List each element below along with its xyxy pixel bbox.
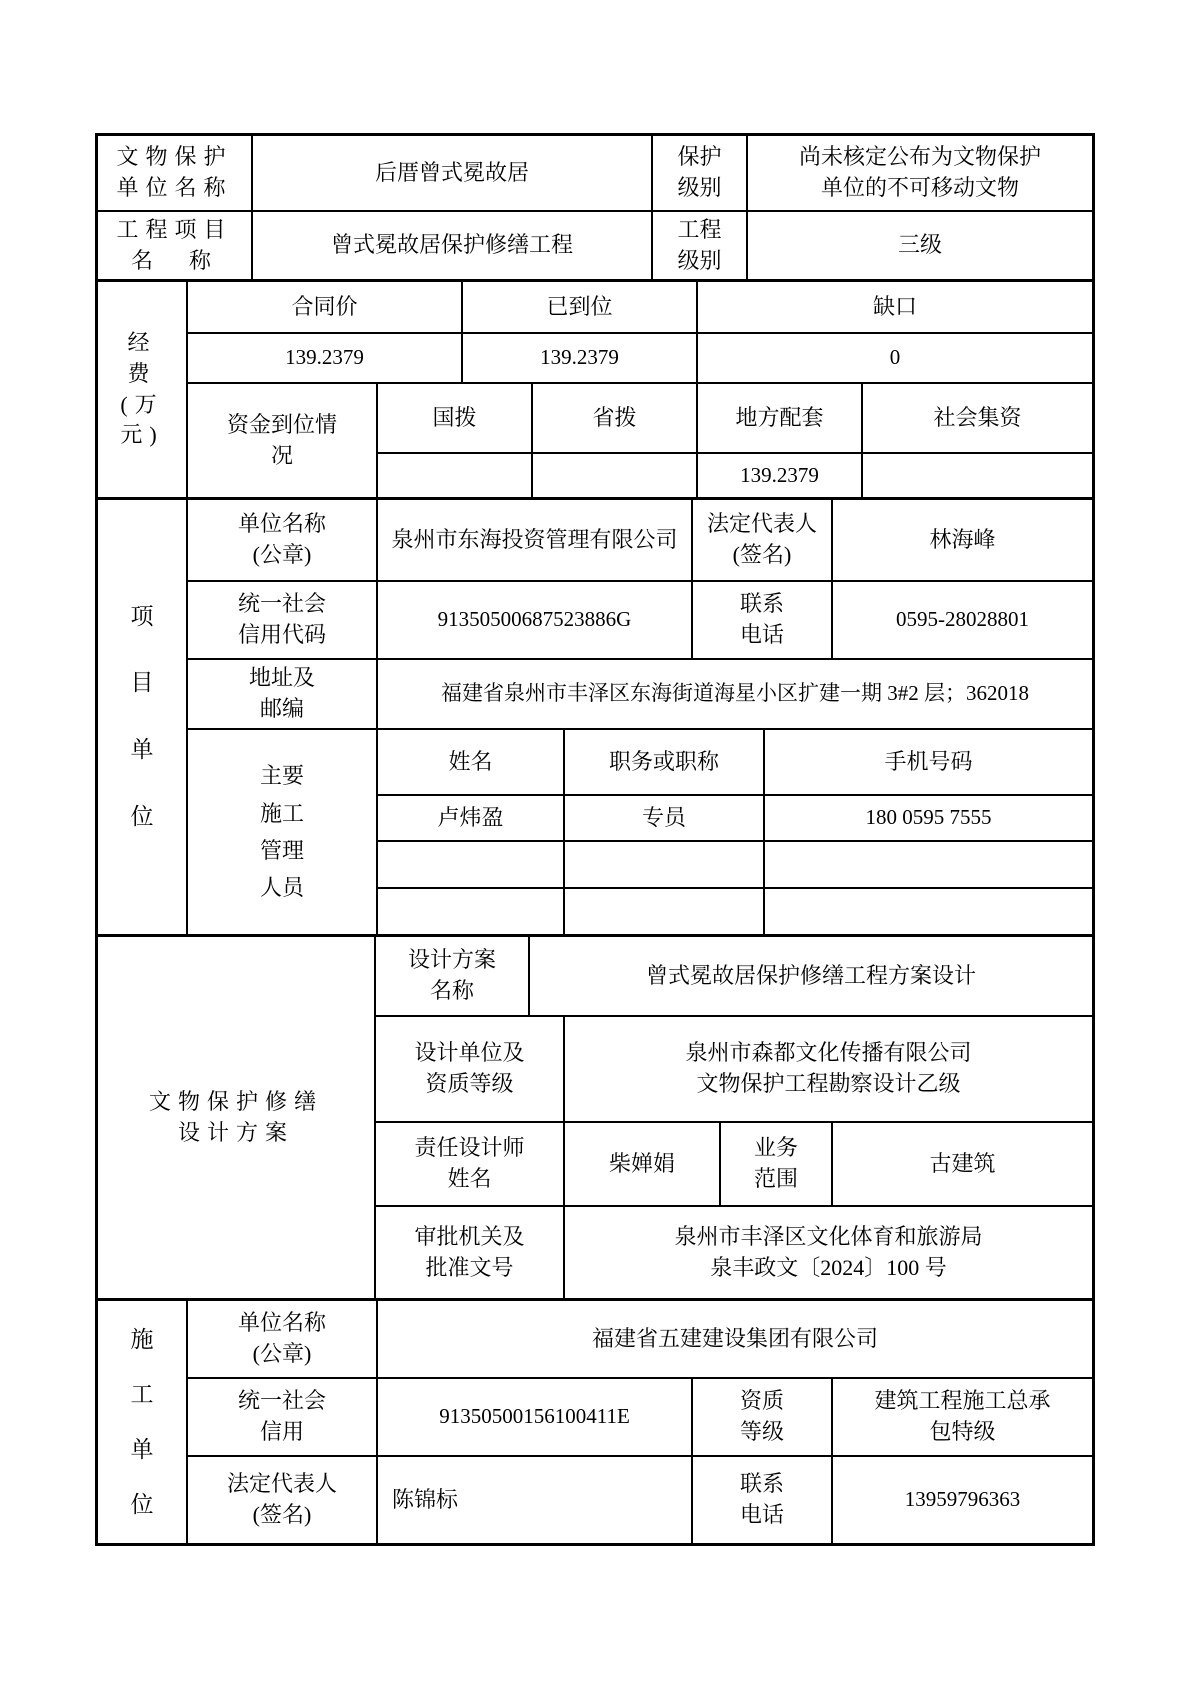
row-project-name: 工程项目 名 称 曾式冕故居保护修缮工程 工程 级别 三级: [98, 212, 1092, 282]
staff-row-1: 卢炜盈 专员 180 0595 7555: [378, 796, 1092, 842]
funds-in-place-header: 已到位: [463, 282, 698, 334]
credit-code-label: 统一社会 信用代码: [188, 582, 378, 660]
legal-representative-label: 法定代表人 (签名): [693, 500, 833, 582]
staff-content: 姓名 职务或职称 手机号码 卢炜盈 专员 180 0595 7555: [378, 730, 1092, 937]
design-plan-label: 文物保护修缮 设计方案: [98, 937, 376, 1301]
design-unit-label: 设计单位及 资质等级: [376, 1017, 565, 1123]
section-construction-unit: 施 工 单 位 单位名称 (公章) 福建省五建建设集团有限公司 统一社会 信用 …: [98, 1301, 1092, 1543]
approval-authority-label: 审批机关及 批准文号: [376, 1207, 565, 1301]
design-name-row: 设计方案 名称 曾式冕故居保护修缮工程方案设计: [376, 937, 1092, 1017]
allocation-value-row: 139.2379: [378, 454, 1092, 500]
construction-unit-label: 施 工 单 位: [98, 1301, 188, 1543]
local-matching-header: 地方配套: [698, 384, 863, 454]
construction-unit-name-value: 福建省五建建设集团有限公司: [378, 1301, 1092, 1379]
social-fundraising-header: 社会集资: [863, 384, 1092, 454]
funds-value-row: 139.2379 139.2379 0: [188, 334, 1092, 384]
designer-row: 责任设计师 姓名 柴婵娟 业务 范围 古建筑: [376, 1123, 1092, 1207]
construction-name-row: 单位名称 (公章) 福建省五建建设集团有限公司: [188, 1301, 1092, 1379]
funds-in-place-value: 139.2379: [463, 334, 698, 384]
row-heritage-unit-name: 文物保护 单位名称 后厝曾式冕故居 保护 级别 尚未核定公布为文物保护 单位的不…: [98, 136, 1092, 212]
project-unit-address-row: 地址及 邮编 福建省泉州市丰泽区东海街道海星小区扩建一期 3#2 层；36201…: [188, 660, 1092, 730]
staff-title-empty-2: [565, 889, 765, 937]
project-unit-credit-row: 统一社会 信用代码 91350500687523886G 联系 电话 0595-…: [188, 582, 1092, 660]
designer-name-label: 责任设计师 姓名: [376, 1123, 565, 1207]
staff-mobile-value: 180 0595 7555: [765, 796, 1092, 842]
address-postcode-value: 福建省泉州市丰泽区东海街道海星小区扩建一期 3#2 层；362018: [378, 660, 1092, 730]
construction-credit-label: 统一社会 信用: [188, 1379, 378, 1457]
contract-price-value: 139.2379: [188, 334, 463, 384]
national-funds-value: [378, 454, 533, 500]
project-level-value: 三级: [748, 212, 1092, 282]
project-name-value: 曾式冕故居保护修缮工程: [253, 212, 653, 282]
funds-gap-header: 缺口: [698, 282, 1092, 334]
provincial-funds-value: [533, 454, 698, 500]
approval-authority-value: 泉州市丰泽区文化体育和旅游局 泉丰政文〔2024〕100 号: [565, 1207, 1092, 1301]
staff-mobile-empty-2: [765, 889, 1092, 937]
funds-gap-value: 0: [698, 334, 1092, 384]
address-postcode-label: 地址及 邮编: [188, 660, 378, 730]
staff-mobile-empty-1: [765, 842, 1092, 889]
construction-unit-name-label: 单位名称 (公章): [188, 1301, 378, 1379]
staff-name-header: 姓名: [378, 730, 565, 796]
project-name-label: 工程项目 名 称: [98, 212, 253, 282]
project-unit-name-row: 单位名称 (公章) 泉州市东海投资管理有限公司 法定代表人 (签名) 林海峰: [188, 500, 1092, 582]
design-plan-content: 设计方案 名称 曾式冕故居保护修缮工程方案设计 设计单位及 资质等级 泉州市森都…: [376, 937, 1092, 1301]
construction-phone-label: 联系 电话: [693, 1457, 833, 1543]
design-unit-value: 泉州市森都文化传播有限公司 文物保护工程勘察设计乙级: [565, 1017, 1092, 1123]
design-unit-row: 设计单位及 资质等级 泉州市森都文化传播有限公司 文物保护工程勘察设计乙级: [376, 1017, 1092, 1123]
qualification-level-label: 资质 等级: [693, 1379, 833, 1457]
construction-credit-row: 统一社会 信用 91350500156100411E 资质 等级 建筑工程施工总…: [188, 1379, 1092, 1457]
staff-mobile-header: 手机号码: [765, 730, 1092, 796]
funds-allocation-row: 资金到位情 况 国拨 省拨 地方配套 社会集资 139.2379: [188, 384, 1092, 500]
heritage-unit-name-label: 文物保护 单位名称: [98, 136, 253, 212]
staff-row-2: [378, 842, 1092, 889]
provincial-funds-header: 省拨: [533, 384, 698, 454]
staff-title-header: 职务或职称: [565, 730, 765, 796]
construction-credit-value: 91350500156100411E: [378, 1379, 693, 1457]
section-project-unit: 项 目 单 位 单位名称 (公章) 泉州市东海投资管理有限公司 法定代表人 (签…: [98, 500, 1092, 937]
protection-level-label: 保护 级别: [653, 136, 748, 212]
business-scope-value: 古建筑: [833, 1123, 1092, 1207]
heritage-project-form-table: 文物保护 单位名称 后厝曾式冕故居 保护 级别 尚未核定公布为文物保护 单位的不…: [95, 133, 1095, 1546]
funds-header-row: 合同价 已到位 缺口: [188, 282, 1092, 334]
approval-row: 审批机关及 批准文号 泉州市丰泽区文化体育和旅游局 泉丰政文〔2024〕100 …: [376, 1207, 1092, 1301]
construction-legal-value: 陈锦标: [378, 1457, 693, 1543]
legal-representative-value: 林海峰: [833, 500, 1092, 582]
funds-allocation-content: 国拨 省拨 地方配套 社会集资 139.2379: [378, 384, 1092, 500]
credit-code-value: 91350500687523886G: [378, 582, 693, 660]
staff-title-value: 专员: [565, 796, 765, 842]
project-level-label: 工程 级别: [653, 212, 748, 282]
staff-name-empty-2: [378, 889, 565, 937]
national-funds-header: 国拨: [378, 384, 533, 454]
section-design-plan: 文物保护修缮 设计方案 设计方案 名称 曾式冕故居保护修缮工程方案设计 设计单位…: [98, 937, 1092, 1301]
project-unit-label: 项 目 单 位: [98, 500, 188, 937]
design-name-label: 设计方案 名称: [376, 937, 530, 1017]
staff-block-row: 主要 施工 管理 人员 姓名 职务或职称 手机号码 卢炜盈 专员 180 059…: [188, 730, 1092, 937]
funds-content: 合同价 已到位 缺口 139.2379 139.2379 0 资金到位情 况 国…: [188, 282, 1092, 500]
section-funds: 经 费 (万元) 合同价 已到位 缺口 139.2379 139.2379 0 …: [98, 282, 1092, 500]
staff-title-empty-1: [565, 842, 765, 889]
qualification-level-value: 建筑工程施工总承 包特级: [833, 1379, 1092, 1457]
project-unit-content: 单位名称 (公章) 泉州市东海投资管理有限公司 法定代表人 (签名) 林海峰 统…: [188, 500, 1092, 937]
design-name-value: 曾式冕故居保护修缮工程方案设计: [530, 937, 1092, 1017]
local-matching-value: 139.2379: [698, 454, 863, 500]
construction-legal-label: 法定代表人 (签名): [188, 1457, 378, 1543]
heritage-unit-name-value: 后厝曾式冕故居: [253, 136, 653, 212]
funds-allocation-label: 资金到位情 况: [188, 384, 378, 500]
funds-label: 经 费 (万元): [98, 282, 188, 500]
construction-unit-content: 单位名称 (公章) 福建省五建建设集团有限公司 统一社会 信用 91350500…: [188, 1301, 1092, 1543]
document-page: 文物保护 单位名称 后厝曾式冕故居 保护 级别 尚未核定公布为文物保护 单位的不…: [0, 0, 1191, 1684]
business-scope-label: 业务 范围: [721, 1123, 833, 1207]
contact-phone-label: 联系 电话: [693, 582, 833, 660]
staff-row-3: [378, 889, 1092, 937]
construction-phone-value: 13959796363: [833, 1457, 1092, 1543]
contact-phone-value: 0595-28028801: [833, 582, 1092, 660]
staff-name-empty-1: [378, 842, 565, 889]
social-fundraising-value: [863, 454, 1092, 500]
staff-name-value: 卢炜盈: [378, 796, 565, 842]
unit-name-seal-label: 单位名称 (公章): [188, 500, 378, 582]
staff-header-row: 姓名 职务或职称 手机号码: [378, 730, 1092, 796]
protection-level-value: 尚未核定公布为文物保护 单位的不可移动文物: [748, 136, 1092, 212]
designer-name-value: 柴婵娟: [565, 1123, 721, 1207]
main-staff-label: 主要 施工 管理 人员: [188, 730, 378, 937]
construction-legal-row: 法定代表人 (签名) 陈锦标 联系 电话 13959796363: [188, 1457, 1092, 1543]
unit-name-value: 泉州市东海投资管理有限公司: [378, 500, 693, 582]
contract-price-header: 合同价: [188, 282, 463, 334]
allocation-header-row: 国拨 省拨 地方配套 社会集资: [378, 384, 1092, 454]
